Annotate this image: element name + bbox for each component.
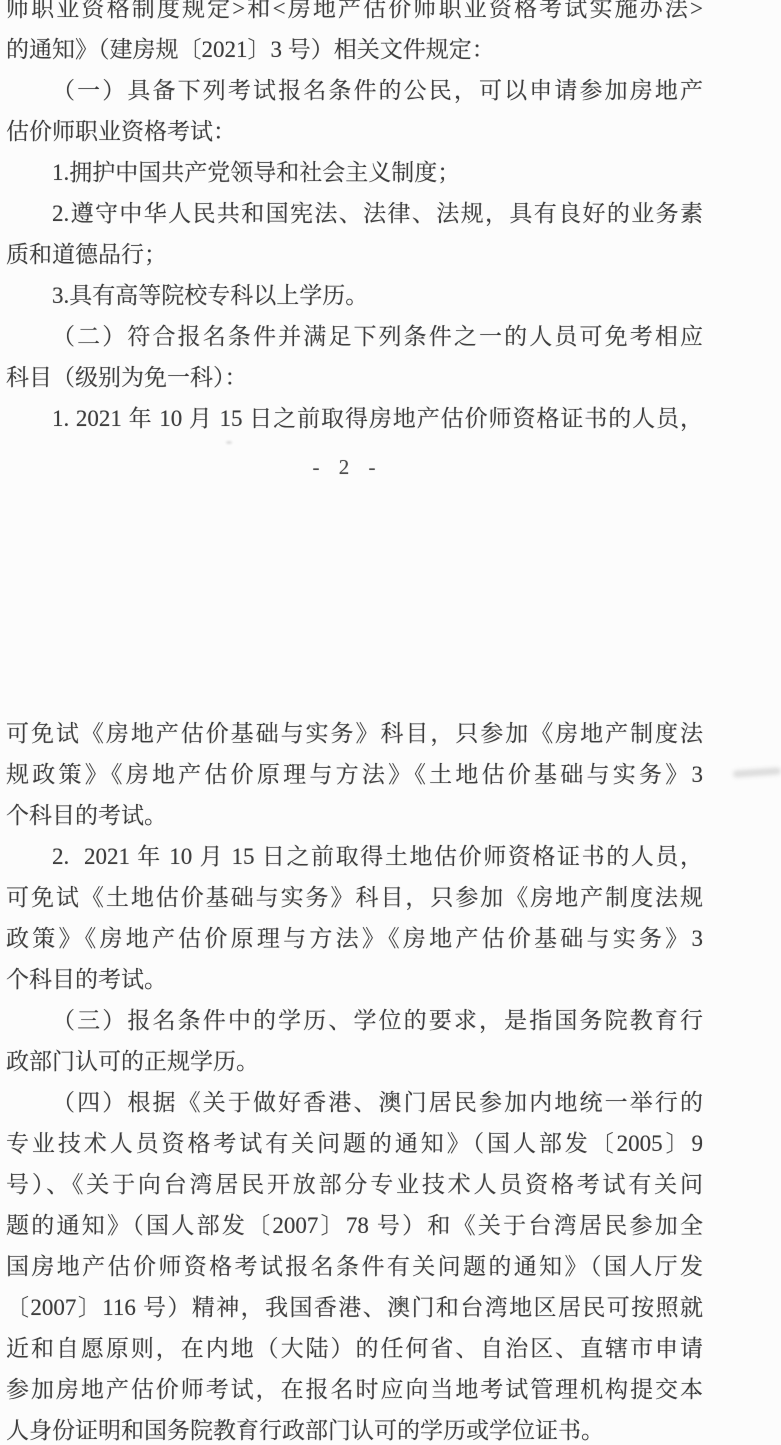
document-line: 的通知》（建房规〔2021〕3 号）相关文件规定：	[6, 29, 703, 70]
document-line: 号）、《关于向台湾居民开放部分专业技术人员资格考试有关问	[6, 1164, 703, 1205]
document-line: 估价师职业资格考试：	[6, 111, 703, 152]
document-line: （一）具备下列考试报名条件的公民，可以申请参加房地产	[6, 70, 703, 111]
page-1-text-block: 师职业资格制度规定>和<房地产估价师职业资格考试实施办法>的通知》（建房规〔20…	[6, 0, 703, 439]
scanned-document: 师职业资格制度规定>和<房地产估价师职业资格考试实施办法>的通知》（建房规〔20…	[0, 0, 781, 1445]
document-line: 题的通知》（国人部发〔2007〕78 号）和《关于台湾居民参加全	[6, 1205, 703, 1246]
document-line: 〔2007〕116 号）精神，我国香港、澳门和台湾地区居民可按照就	[6, 1287, 703, 1328]
document-line: 2.遵守中华人民共和国宪法、法律、法规，具有良好的业务素	[6, 193, 703, 234]
document-line: 国房地产估价师资格考试报名条件有关问题的通知》（国人厅发	[6, 1246, 703, 1287]
scan-speck-artifact	[226, 441, 232, 444]
document-line: 3.具有高等院校专科以上学历。	[6, 275, 703, 316]
document-line: （四）根据《关于做好香港、澳门居民参加内地统一举行的	[6, 1082, 703, 1123]
document-line: 个科目的考试。	[6, 795, 703, 836]
document-line: 专业技术人员资格考试有关问题的通知》（国人部发〔2005〕9	[6, 1123, 703, 1164]
document-line: 可免试《房地产估价基础与实务》科目，只参加《房地产制度法	[6, 713, 703, 754]
document-line: 可免试《土地估价基础与实务》科目，只参加《房地产制度法规	[6, 877, 703, 918]
document-line: 科目（级别为免一科）：	[6, 357, 703, 398]
page-2-text-block: 可免试《房地产估价基础与实务》科目，只参加《房地产制度法规政策》《房地产估价原理…	[6, 713, 703, 1445]
scan-smudge-artifact	[733, 767, 781, 777]
document-line: 个科目的考试。	[6, 959, 703, 1000]
document-line: 1.拥护中国共产党领导和社会主义制度；	[6, 152, 703, 193]
document-line: （三）报名条件中的学历、学位的要求，是指国务院教育行	[6, 1000, 703, 1041]
document-line: 政策》《房地产估价原理与方法》《房地产估价基础与实务》3	[6, 918, 703, 959]
document-line: 2. 2021 年 10 月 15 日之前取得土地估价师资格证书的人员，	[6, 836, 703, 877]
document-line: 政部门认可的正规学历。	[6, 1041, 703, 1082]
document-line: 人身份证明和国务院教育行政部门认可的学历或学位证书。	[6, 1410, 703, 1445]
document-line: 规政策》《房地产估价原理与方法》《土地估价基础与实务》3	[6, 754, 703, 795]
document-line: 近和自愿原则，在内地（大陆）的任何省、自治区、直辖市申请	[6, 1328, 703, 1369]
document-line: 质和道德品行；	[6, 234, 703, 275]
document-line: （二）符合报名条件并满足下列条件之一的人员可免考相应	[6, 316, 703, 357]
document-line: 参加房地产估价师考试，在报名时应向当地考试管理机构提交本	[6, 1369, 703, 1410]
page-number: - 2 -	[6, 452, 689, 482]
document-line: 师职业资格制度规定>和<房地产估价师职业资格考试实施办法>	[6, 0, 703, 29]
document-line: 1. 2021 年 10 月 15 日之前取得房地产估价师资格证书的人员，	[6, 398, 703, 439]
